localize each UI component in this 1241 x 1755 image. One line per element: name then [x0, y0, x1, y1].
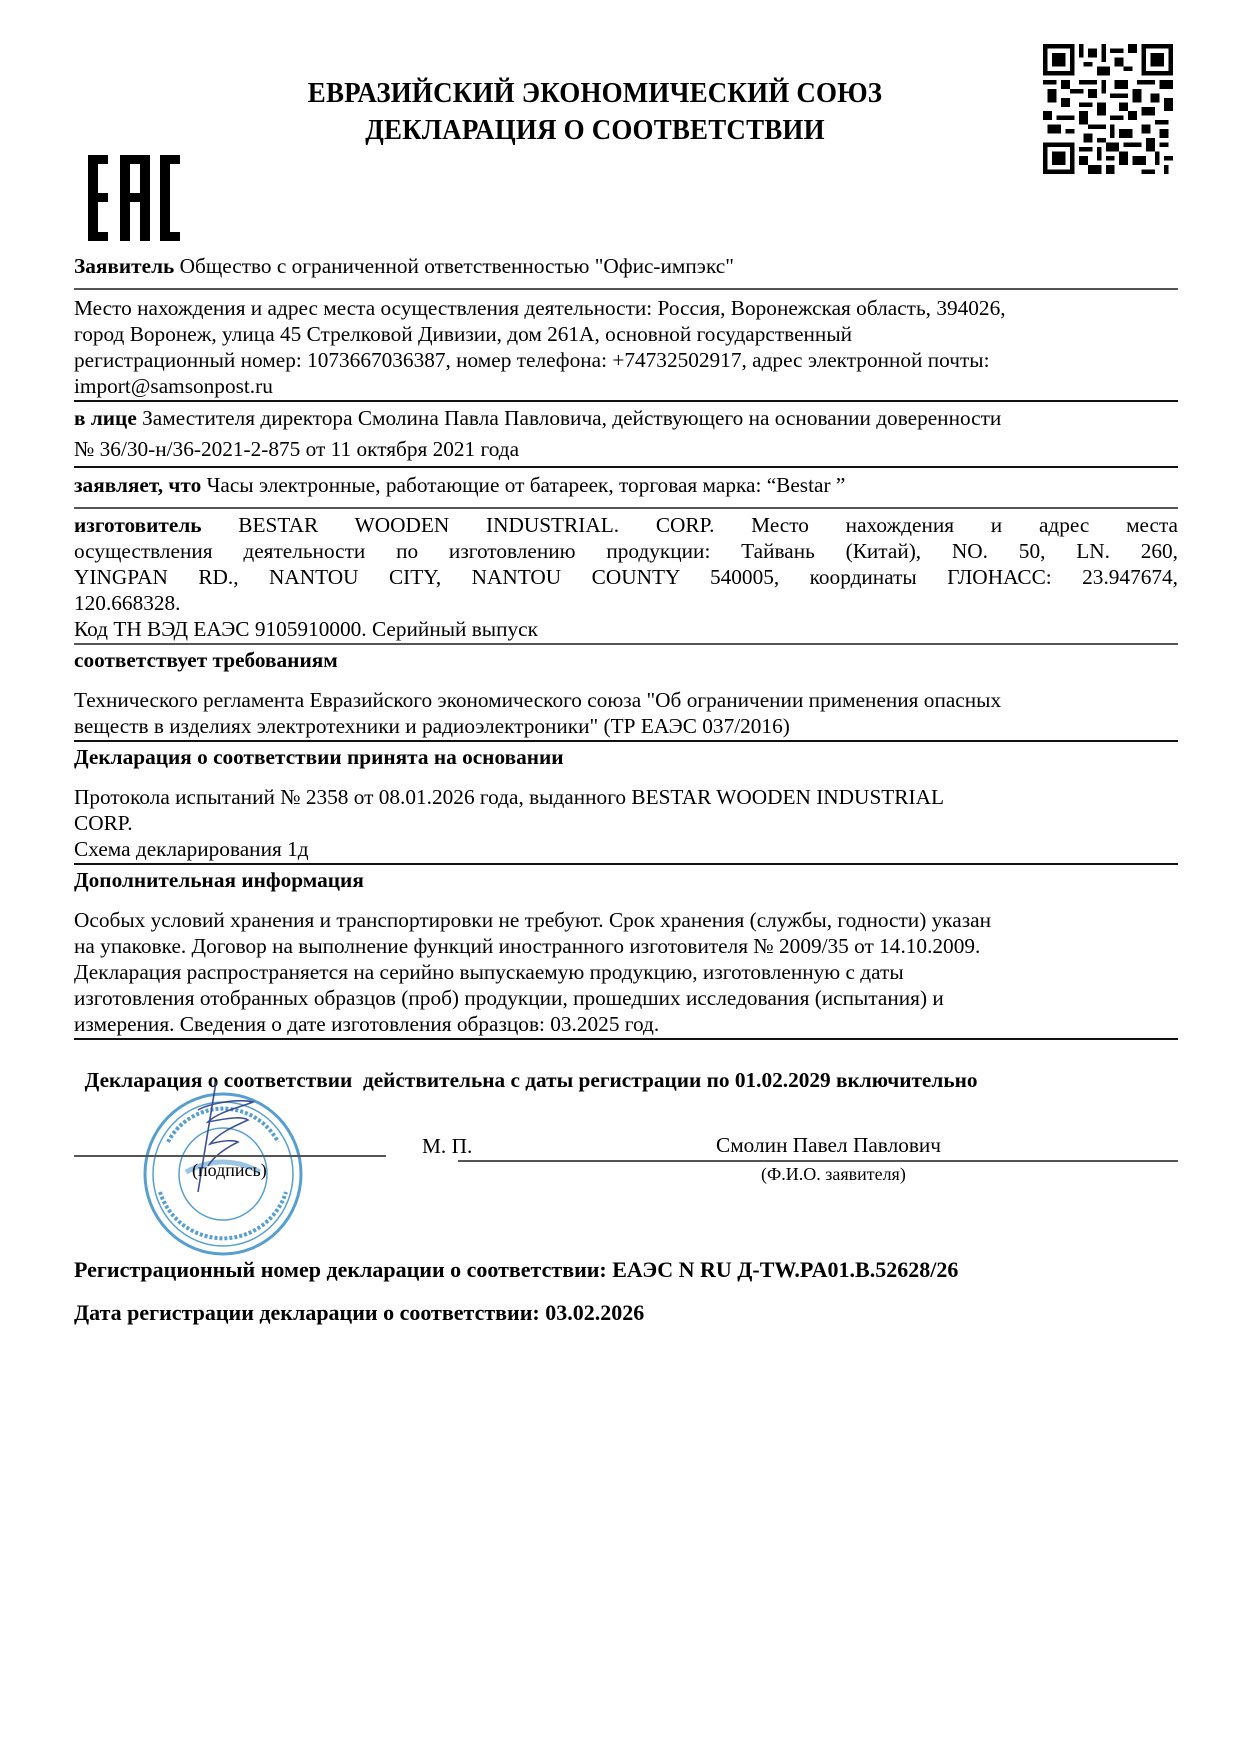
divider: [74, 466, 1178, 468]
address-line-3: регистрационный номер: 1073667036387, но…: [74, 348, 1178, 373]
representative-row: в лице Заместителя директора Смолина Пав…: [74, 406, 1178, 431]
applicant-value: Общество с ограниченной ответственностью…: [180, 254, 734, 278]
requirements-line-1: Технического регламента Евразийского эко…: [74, 688, 1178, 713]
basis-label: Декларация о соответствии принята на осн…: [74, 745, 1178, 770]
manufacturer-label: изготовитель: [74, 513, 202, 537]
requirements-label-text: соответствует требованиям: [74, 648, 338, 672]
name-line: [458, 1160, 1178, 1162]
applicant-row: Заявитель Общество с ограниченной ответс…: [74, 254, 1178, 279]
registration-date: Дата регистрации декларации о соответств…: [74, 1300, 644, 1326]
seal-label: М. П.: [422, 1134, 472, 1159]
document-title-union: ЕВРАЗИЙСКИЙ ЭКОНОМИЧЕСКИЙ СОЮЗ: [200, 77, 991, 110]
applicant-full-name: Смолин Павел Павлович: [716, 1133, 941, 1158]
address-line-2: город Воронеж, улица 45 Стрелковой Дивиз…: [74, 322, 1178, 347]
applicant-label: Заявитель: [74, 254, 174, 278]
declares-label: заявляет, что: [74, 473, 201, 497]
divider: [74, 740, 1178, 742]
declaration-scheme: Схема декларирования 1д: [74, 837, 1178, 862]
document-title-declaration: ДЕКЛАРАЦИЯ О СООТВЕТСТВИИ: [200, 114, 991, 147]
address-line-1: Место нахождения и адрес места осуществл…: [74, 296, 1178, 321]
additional-line-5: измерения. Сведения о дате изготовления …: [74, 1012, 1178, 1037]
additional-label-text: Дополнительная информация: [74, 868, 364, 892]
eac-logo-icon: [88, 155, 176, 241]
divider: [74, 1038, 1178, 1040]
manufacturer-line-1: BESTAR WOODEN INDUSTRIAL. CORP. Место на…: [238, 513, 1178, 537]
representative-label: в лице: [74, 406, 137, 430]
divider: [74, 863, 1178, 865]
divider: [74, 507, 1178, 509]
signature-caption: (подпись): [192, 1160, 267, 1181]
name-caption: (Ф.И.О. заявителя): [761, 1164, 906, 1185]
basis-line-1: Протокола испытаний № 2358 от 08.01.2026…: [74, 785, 1178, 810]
additional-label: Дополнительная информация: [74, 868, 1178, 893]
manufacturer-row: изготовитель BESTAR WOODEN INDUSTRIAL. C…: [74, 513, 1178, 538]
additional-line-3: Декларация распространяется на серийно в…: [74, 960, 1178, 985]
address-email: import@samsonpost.ru: [74, 374, 1178, 399]
additional-line-2: на упаковке. Договор на выполнение функц…: [74, 934, 1178, 959]
signature-line: [74, 1155, 386, 1157]
registration-number: Регистрационный номер декларации о соотв…: [74, 1257, 958, 1283]
qr-code-icon: [1043, 42, 1173, 176]
product-description: Часы электронные, работающие от батареек…: [207, 473, 846, 497]
manufacturer-line-3: YINGPAN RD., NANTOU CITY, NANTOU COUNTY …: [74, 565, 1178, 590]
declares-row: заявляет, что Часы электронные, работающ…: [74, 473, 1178, 498]
divider: [74, 400, 1178, 402]
basis-label-text: Декларация о соответствии принята на осн…: [74, 745, 564, 769]
basis-line-2: CORP.: [74, 811, 1178, 836]
manufacturer-line-2: осуществления деятельности по изготовлен…: [74, 539, 1178, 564]
divider: [74, 643, 1178, 645]
manufacturer-line-4: 120.668328.: [74, 591, 1178, 616]
representative-line-1: Заместителя директора Смолина Павла Павл…: [142, 406, 1001, 430]
requirements-label: соответствует требованиям: [74, 648, 1178, 673]
requirements-line-2: веществ в изделиях электротехники и ради…: [74, 714, 1178, 739]
additional-line-1: Особых условий хранения и транспортировк…: [74, 908, 1178, 933]
divider: [74, 288, 1178, 290]
hs-code-line: Код ТН ВЭД ЕАЭС 9105910000. Серийный вып…: [74, 617, 1178, 642]
additional-line-4: изготовления отобранных образцов (проб) …: [74, 986, 1178, 1011]
representative-line-2: № 36/30-н/36-2021-2-875 от 11 октября 20…: [74, 437, 1178, 462]
